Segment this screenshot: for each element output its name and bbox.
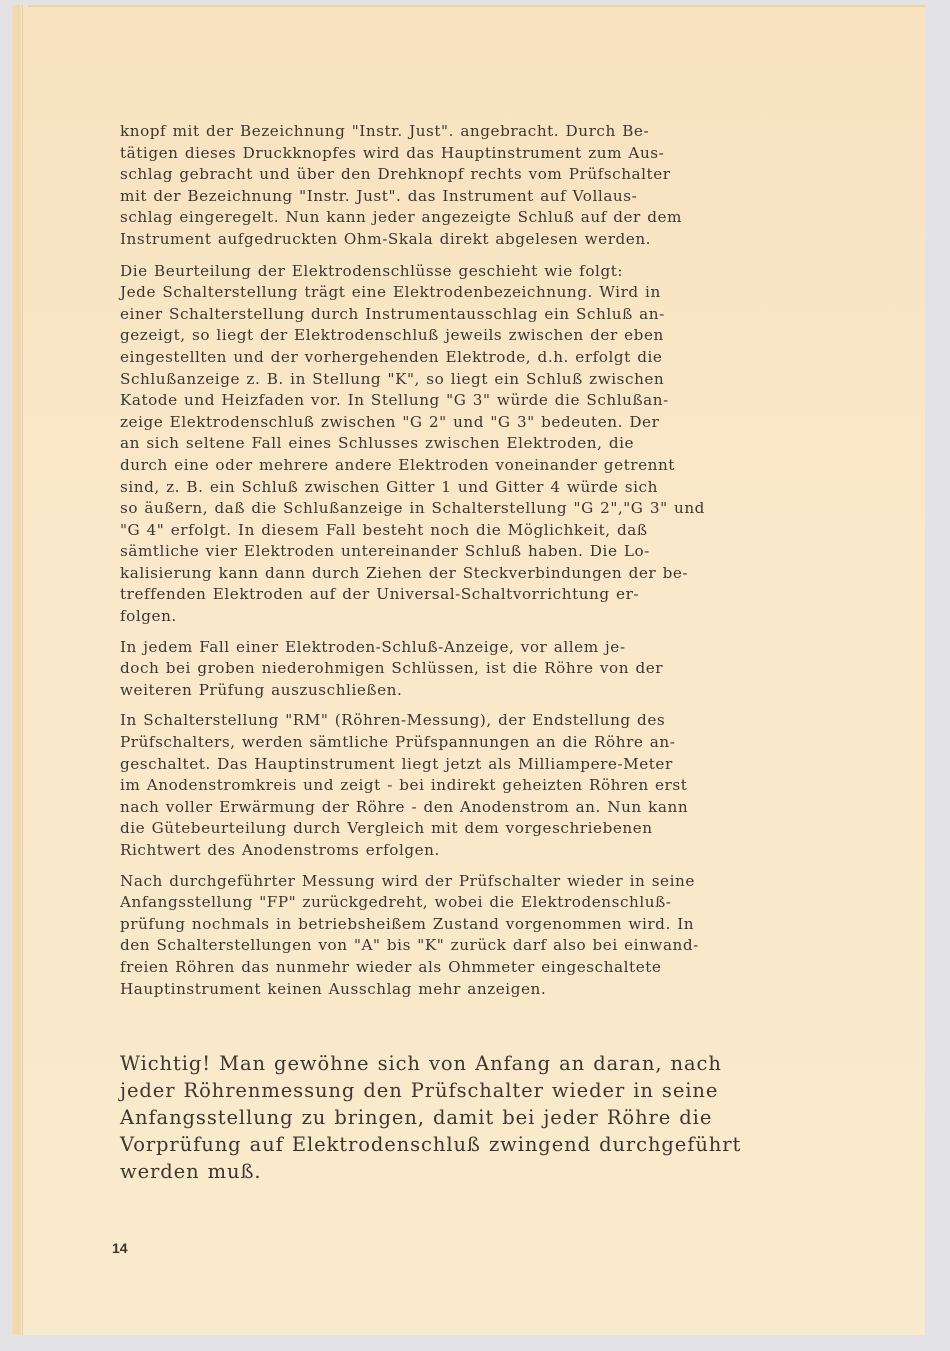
paragraph-exclusion: In jedem Fall einer Elektroden-Schluß-An… [120, 637, 880, 702]
page-binding-edge [12, 5, 23, 1335]
important-notice: Wichtig! Man gewöhne sich von Anfang an … [120, 1050, 900, 1185]
text-line: eingestellten und der vorhergehenden Ele… [120, 347, 880, 369]
text-line: Schlußanzeige z. B. in Stellung "K", so … [120, 369, 880, 391]
text-line: schlag gebracht und über den Drehknopf r… [120, 164, 880, 186]
page-number: 14 [112, 1240, 128, 1256]
body-text: knopf mit der Bezeichnung "Instr. Just".… [120, 121, 880, 1000]
text-line: tätigen dieses Druckknopfes wird das Hau… [120, 143, 880, 165]
text-line: treffenden Elektroden auf der Universal-… [120, 584, 880, 606]
notice-line: Vorprüfung auf Elektrodenschluß zwingend… [120, 1131, 900, 1158]
text-line: kalisierung kann dann durch Ziehen der S… [120, 563, 880, 585]
text-line: Die Beurteilung der Elektrodenschlüsse g… [120, 261, 880, 283]
text-line: geschaltet. Das Hauptinstrument liegt je… [120, 754, 880, 776]
text-line: zeige Elektrodenschluß zwischen "G 2" un… [120, 412, 880, 434]
text-line: folgen. [120, 606, 880, 628]
text-line: sind, z. B. ein Schluß zwischen Gitter 1… [120, 477, 880, 499]
text-line: "G 4" erfolgt. In diesem Fall besteht no… [120, 520, 880, 542]
text-line: prüfung nochmals in betriebsheißem Zusta… [120, 914, 880, 936]
notice-line: werden muß. [120, 1158, 900, 1185]
text-line: nach voller Erwärmung der Röhre - den An… [120, 797, 880, 819]
text-line: weiteren Prüfung auszuschließen. [120, 680, 880, 702]
text-line: Prüfschalters, werden sämtliche Prüfspan… [120, 732, 880, 754]
text-line: Hauptinstrument keinen Ausschlag mehr an… [120, 979, 880, 1001]
text-line: einer Schalterstellung durch Instrumenta… [120, 304, 880, 326]
text-line: durch eine oder mehrere andere Elektrode… [120, 455, 880, 477]
text-line: die Gütebeurteilung durch Vergleich mit … [120, 818, 880, 840]
text-line: schlag eingeregelt. Nun kann jeder angez… [120, 207, 880, 229]
paragraph-after-measurement: Nach durchgeführter Messung wird der Prü… [120, 871, 880, 1001]
text-line: Nach durchgeführter Messung wird der Prü… [120, 871, 880, 893]
text-line: freien Röhren das nunmehr wieder als Ohm… [120, 957, 880, 979]
page-top-edge [28, 5, 925, 7]
paragraph-instrument-adjustment: knopf mit der Bezeichnung "Instr. Just".… [120, 121, 880, 251]
text-line: Katode und Heizfaden vor. In Stellung "G… [120, 390, 880, 412]
text-line: In Schalterstellung "RM" (Röhren-Messung… [120, 710, 880, 732]
text-line: Richtwert des Anodenstroms erfolgen. [120, 840, 880, 862]
text-line: so äußern, daß die Schlußanzeige in Scha… [120, 498, 880, 520]
text-line: sämtliche vier Elektroden untereinander … [120, 541, 880, 563]
text-line: In jedem Fall einer Elektroden-Schluß-An… [120, 637, 880, 659]
text-line: doch bei groben niederohmigen Schlüssen,… [120, 658, 880, 680]
text-line: im Anodenstromkreis und zeigt - bei indi… [120, 775, 880, 797]
text-line: mit der Bezeichnung "Instr. Just". das I… [120, 186, 880, 208]
text-line: Instrument aufgedruckten Ohm-Skala direk… [120, 229, 880, 251]
text-line: den Schalterstellungen von "A" bis "K" z… [120, 935, 880, 957]
notice-line: Anfangsstellung zu bringen, damit bei je… [120, 1104, 900, 1131]
paragraph-electrode-short-evaluation: Die Beurteilung der Elektrodenschlüsse g… [120, 261, 880, 628]
text-line: Jede Schalterstellung trägt eine Elektro… [120, 282, 880, 304]
notice-line: Wichtig! Man gewöhne sich von Anfang an … [120, 1050, 900, 1077]
text-line: gezeigt, so liegt der Elektrodenschluß j… [120, 325, 880, 347]
text-line: knopf mit der Bezeichnung "Instr. Just".… [120, 121, 880, 143]
notice-line: jeder Röhrenmessung den Prüfschalter wie… [120, 1077, 900, 1104]
text-line: an sich seltene Fall eines Schlusses zwi… [120, 433, 880, 455]
text-line: Anfangsstellung "FP" zurückgedreht, wobe… [120, 892, 880, 914]
paragraph-tube-measurement: In Schalterstellung "RM" (Röhren-Messung… [120, 710, 880, 861]
